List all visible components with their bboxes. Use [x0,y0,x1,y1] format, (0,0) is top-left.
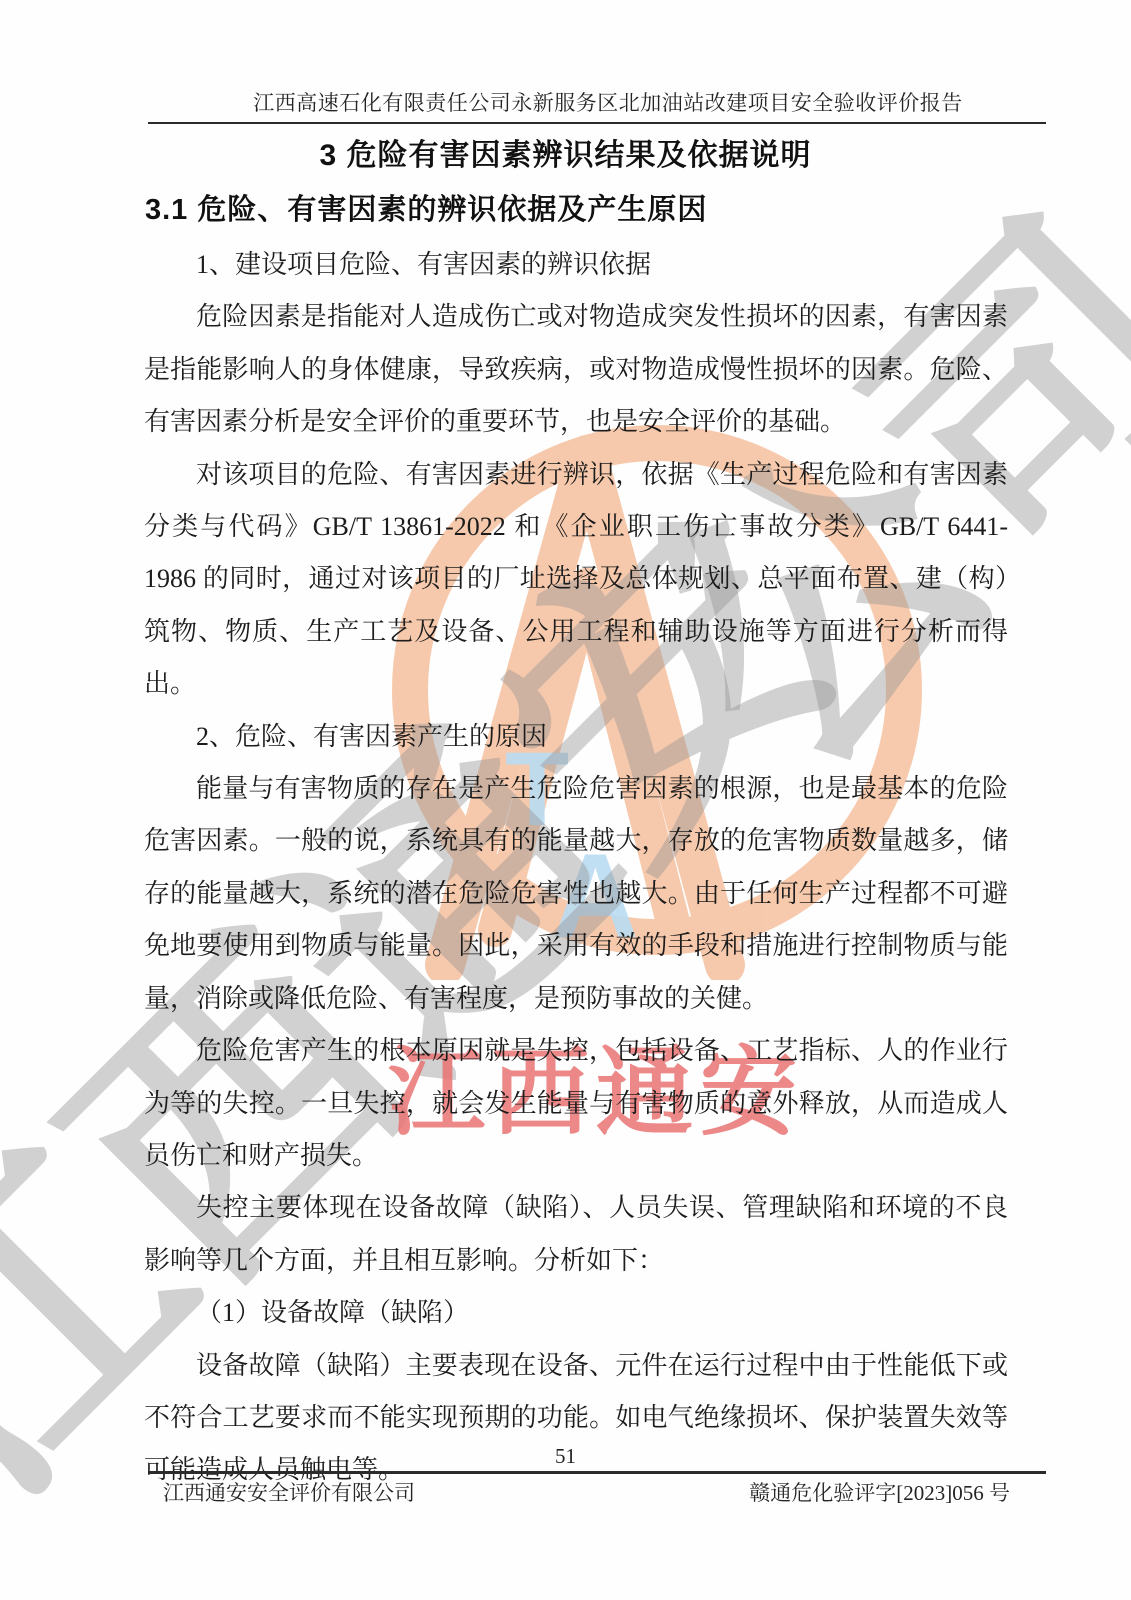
footer-divider [148,1471,1046,1474]
body-paragraph: （1）设备故障（缺陷） [144,1287,1008,1339]
body-paragraph: 1、建设项目危险、有害因素的辨识依据 [144,239,1008,291]
footer-document-number: 赣通危化验评字[2023]056 号 [749,1478,1010,1508]
report-page: T A 江西通安 公司 江西通安 江西高速石化有限责任公司永新服务区北加油站改建… [0,0,1131,1600]
body-paragraph: 对该项目的危险、有害因素进行辨识，依据《生产过程危险和有害因素分类与代码》GB/… [144,449,1008,711]
body-paragraph: 危险危害产生的根本原因就是失控，包括设备、工艺指标、人的作业行为等的失控。一旦失… [144,1025,1008,1182]
document-content: 江西高速石化有限责任公司永新服务区北加油站改建项目安全验收评价报告 3 危险有害… [0,0,1131,1600]
footer-company-name: 江西通安安全评价有限公司 [163,1478,415,1508]
page-number: 51 [0,1444,1131,1469]
header-divider [148,122,1046,124]
section-heading: 3.1 危险、有害因素的辨识依据及产生原因 [145,190,707,230]
page-footer: 江西通安安全评价有限公司 赣通危化验评字[2023]056 号 [163,1478,1010,1508]
body-text: 1、建设项目危险、有害因素的辨识依据 危险因素是指能对人造成伤亡或对物造成突发性… [144,239,1008,1497]
body-paragraph: 危险因素是指能对人造成伤亡或对物造成突发性损坏的因素，有害因素是指能影响人的身体… [144,291,1008,448]
body-paragraph: 2、危险、有害因素产生的原因 [144,711,1008,763]
body-paragraph: 失控主要体现在设备故障（缺陷）、人员失误、管理缺陷和环境的不良影响等几个方面，并… [144,1182,1008,1287]
body-paragraph: 能量与有害物质的存在是产生危险危害因素的根源，也是最基本的危险危害因素。一般的说… [144,763,1008,1025]
page-header: 江西高速石化有限责任公司永新服务区北加油站改建项目安全验收评价报告 [145,88,1071,118]
chapter-title: 3 危险有害因素辨识结果及依据说明 [0,136,1131,176]
